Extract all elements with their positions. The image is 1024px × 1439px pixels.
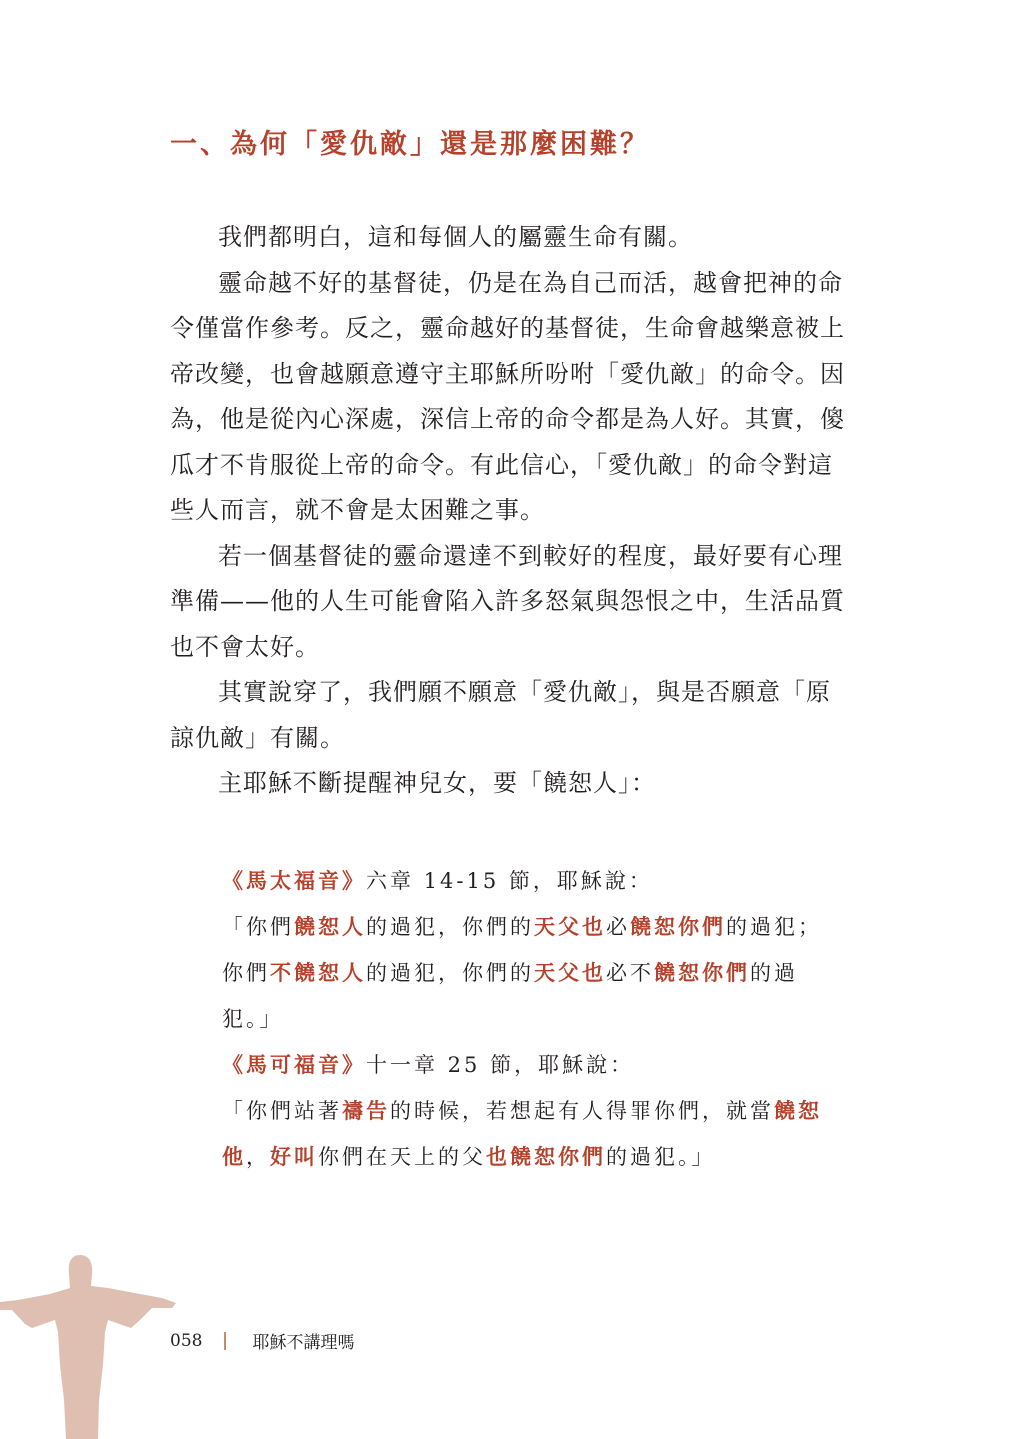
highlighted-phrase: 好叫: [270, 1144, 318, 1169]
paragraph-2: 靈命越不好的基督徒，仍是在為自己而活，越會把神的命令僅當作參考。反之，靈命越好的…: [170, 261, 850, 534]
quote-1-citation: 《馬太福音》六章 14-15 節，耶穌說：: [222, 858, 822, 904]
page-footer: 058 耶穌不講理嗎: [170, 1328, 354, 1353]
book-title: 耶穌不講理嗎: [252, 1328, 354, 1353]
paragraph-5: 主耶穌不斷提醒神兒女，要「饒恕人」：: [170, 761, 850, 807]
quote-phrase: 的時候，若想起有人得罪你們，就當: [390, 1099, 774, 1123]
highlighted-phrase: 也饒恕你們: [486, 1144, 606, 1169]
footer-separator: [224, 1332, 226, 1350]
quote-2-citation: 《馬可福音》十一章 25 節，耶穌說：: [222, 1042, 822, 1088]
scripture-quotes: 《馬太福音》六章 14-15 節，耶穌說： 「你們饒恕人的過犯，你們的天父也必饒…: [222, 858, 822, 1180]
quote-2-reference: 十一章 25 節，耶穌說：: [366, 1053, 634, 1077]
quote-2-source: 《馬可福音》: [222, 1052, 366, 1077]
highlighted-phrase: 饒恕你們: [654, 960, 750, 985]
highlighted-phrase: 天父也: [534, 960, 606, 985]
quote-phrase: ，: [246, 1145, 270, 1169]
quote-phrase: 必不: [606, 961, 654, 985]
highlighted-phrase: 饒恕你們: [630, 914, 726, 939]
quote-phrase: 的過犯。」: [606, 1145, 716, 1169]
paragraph-1: 我們都明白，這和每個人的屬靈生命有關。: [170, 215, 850, 261]
highlighted-phrase: 天父也: [534, 914, 606, 939]
body-text: 我們都明白，這和每個人的屬靈生命有關。 靈命越不好的基督徒，仍是在為自己而活，越…: [170, 215, 850, 807]
quote-phrase: 的過犯，你們的: [366, 961, 534, 985]
section-heading: 一、為何「愛仇敵」還是那麼困難？: [170, 122, 650, 161]
highlighted-phrase: 不饒恕人: [270, 960, 366, 985]
quote-phrase: 的過犯，你們的: [366, 915, 534, 939]
christ-statue-silhouette-icon: [0, 1250, 185, 1439]
quote-phrase: 「你們站著: [222, 1099, 342, 1123]
quote-1-source: 《馬太福音》: [222, 868, 366, 893]
paragraph-3: 若一個基督徒的靈命還達不到較好的程度，最好要有心理準備——他的人生可能會陷入許多…: [170, 534, 850, 671]
quote-phrase: 你們在天上的父: [318, 1145, 486, 1169]
highlighted-phrase: 饒恕人: [294, 914, 366, 939]
quote-1-reference: 六章 14-15 節，耶穌說：: [366, 869, 653, 893]
highlighted-phrase: 禱告: [342, 1098, 390, 1123]
quote-phrase: 必: [606, 915, 630, 939]
quote-2-text: 「你們站著禱告的時候，若想起有人得罪你們，就當饒恕他，好叫你們在天上的父也饒恕你…: [222, 1088, 822, 1180]
paragraph-4: 其實說穿了，我們願不願意「愛仇敵」，與是否願意「原諒仇敵」有關。: [170, 670, 850, 761]
quote-1-text: 「你們饒恕人的過犯，你們的天父也必饒恕你們的過犯；你們不饒恕人的過犯，你們的天父…: [222, 904, 822, 1042]
quote-phrase: 「你們: [222, 915, 294, 939]
page-number: 058: [170, 1331, 202, 1351]
